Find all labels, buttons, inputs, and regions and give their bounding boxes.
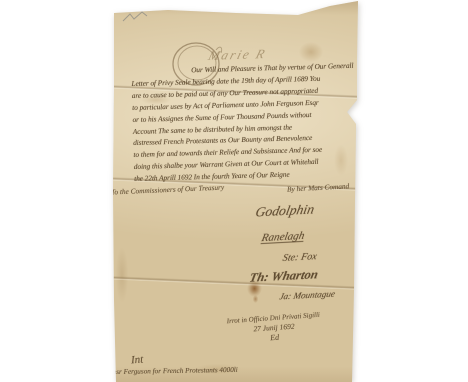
pencil-mark-icon	[122, 10, 148, 24]
by-command-note: By her Mats Comand	[287, 181, 350, 193]
warrant-body-text: Our Will and Pleasure is That by vertue …	[131, 60, 366, 185]
signature-2: Ranelagh	[261, 230, 306, 244]
enrollment-note: Irrot in Officio Dni Privati Sigilli 27 …	[221, 310, 327, 345]
photo-background: Marie R Our Will and Pleasure is That by…	[0, 0, 468, 382]
ink-blot-tail	[252, 294, 259, 304]
foxing-stain-left-edge	[114, 240, 130, 310]
paper-shadow: Marie R Our Will and Pleasure is That by…	[0, 0, 468, 382]
address-to-treasury: To the Commissioners of Our Treasury	[111, 183, 224, 197]
signature-1: Godolphin	[254, 201, 316, 220]
signature-4: Th: Wharton	[248, 267, 319, 286]
signature-5: Ja: Mountague	[279, 289, 336, 302]
signature-3: Ste: Fox	[282, 251, 318, 264]
royal-sign-manual: Marie R	[206, 46, 268, 64]
document-paper: Marie R Our Will and Pleasure is That by…	[0, 0, 468, 382]
entry-note: Int	[131, 354, 144, 367]
